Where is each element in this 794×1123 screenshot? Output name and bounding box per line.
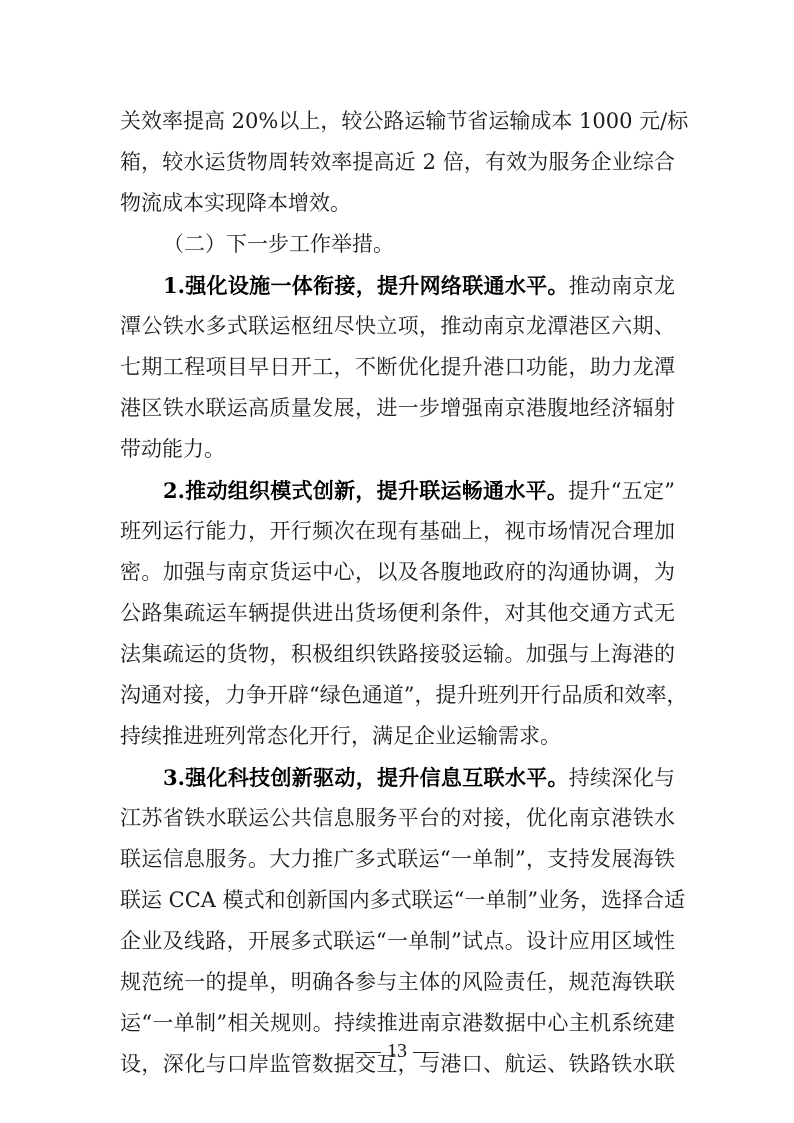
text-line: 运“一单制”相关规则。持续推进南京港数据中心主机系统建 — [120, 1003, 675, 1044]
text-line: 联运 CCA 模式和创新国内多式联运“一单制”业务，选择合适 — [120, 880, 675, 921]
document-page: 关效率提高 20%以上，较公路运输节省运输成本 1000 元/标 箱，较水运货物… — [0, 0, 794, 1123]
paragraph-text: 推动南京龙 — [569, 274, 675, 298]
text-line: 班列运行能力，开行频次在现有基础上，视市场情况合理加 — [120, 511, 675, 552]
text-line: 持续推进班列常态化开行，满足企业运输需求。 — [120, 716, 675, 757]
paragraph-heading: 3.强化科技创新驱动，提升信息互联水平。 — [163, 765, 569, 790]
text-line: 七期工程项目早日开工，不断优化提升港口功能，助力龙潭 — [120, 347, 675, 388]
text-line: 物流成本实现降本增效。 — [120, 183, 675, 224]
footer-dash-left — [355, 1052, 381, 1053]
paragraph-text: 提升“五定” — [568, 479, 675, 503]
paragraph-first-line: 1.强化设施一体衔接，提升网络联通水平。推动南京龙 — [120, 265, 675, 306]
text-line: 沟通对接，力争开辟“绿色通道”，提升班列开行品质和效率， — [120, 675, 675, 716]
text-line: 法集疏运的货物，积极组织铁路接驳运输。加强与上海港的 — [120, 634, 675, 675]
text-line: 江苏省铁水联运公共信息服务平台的对接，优化南京港铁水 — [120, 798, 675, 839]
paragraph-heading: 1.强化设施一体衔接，提升网络联通水平。 — [163, 273, 569, 298]
text-line: 密。加强与南京货运中心，以及各腹地政府的沟通协调，为 — [120, 552, 675, 593]
footer-dash-right — [413, 1052, 439, 1053]
text-line: 带动能力。 — [120, 429, 675, 470]
page-footer: 13 — [0, 1040, 794, 1063]
body-text: 关效率提高 20%以上，较公路运输节省运输成本 1000 元/标 箱，较水运货物… — [120, 101, 675, 1085]
text-line: 关效率提高 20%以上，较公路运输节省运输成本 1000 元/标 — [120, 101, 675, 142]
paragraph-heading: 2.推动组织模式创新，提升联运畅通水平。 — [163, 478, 568, 503]
text-line: 企业及线路，开展多式联运“一单制”试点。设计应用区域性 — [120, 921, 675, 962]
text-line: 港区铁水联运高质量发展，进一步增强南京港腹地经济辐射 — [120, 388, 675, 429]
text-line: 联运信息服务。大力推广多式联运“一单制”，支持发展海铁 — [120, 839, 675, 880]
section-heading: （二）下一步工作举措。 — [120, 224, 675, 265]
paragraph-text: 持续深化与 — [569, 766, 675, 790]
paragraph-first-line: 2.推动组织模式创新，提升联运畅通水平。提升“五定” — [120, 470, 675, 511]
page-number: 13 — [387, 1040, 407, 1063]
text-line: 规范统一的提单，明确各参与主体的风险责任，规范海铁联 — [120, 962, 675, 1003]
paragraph-first-line: 3.强化科技创新驱动，提升信息互联水平。持续深化与 — [120, 757, 675, 798]
text-line: 箱，较水运货物周转效率提高近 2 倍，有效为服务企业综合 — [120, 142, 675, 183]
text-line: 潭公铁水多式联运枢纽尽快立项，推动南京龙潭港区六期、 — [120, 306, 675, 347]
text-line: 公路集疏运车辆提供进出货场便利条件，对其他交通方式无 — [120, 593, 675, 634]
